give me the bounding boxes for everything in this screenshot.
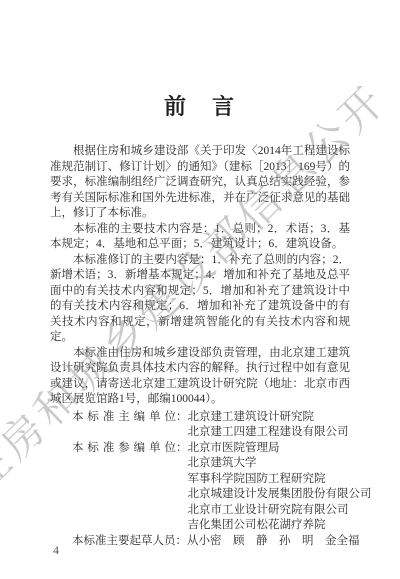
page-title: 前 言 <box>0 90 400 121</box>
drafters-label: 本标准主要起草人员 <box>72 534 176 550</box>
paragraph-basis: 根据住房和城乡建设部《关于印发〈2014年工程建设标准规范制订、修订计划〉的通知… <box>50 144 350 222</box>
unit-item: 北京建筑大学 <box>188 456 372 472</box>
drafters-row: 本标准主要起草人员： 从小密 顾 静 孙 明 金全福 <box>72 534 350 550</box>
unit-item: 北京市工业设计研究院有限公司 <box>188 503 372 519</box>
paragraph-main-contents: 本标准的主要技术内容是：1．总则；2．术语；3．基本规定；4．基地和总平面；5．… <box>50 222 350 253</box>
page-number: 4 <box>53 543 59 558</box>
unit-item: 军事科学院国防工程研究院 <box>188 472 372 488</box>
chief-editor-row: 本标准主编单位： 北京建工建筑设计研究院 北京建工四建工程建设有限公司 <box>72 410 350 441</box>
preface-body: 根据住房和城乡建设部《关于印发〈2014年工程建设标准规范制订、修订计划〉的通知… <box>50 144 350 549</box>
unit-item: 北京建工四建工程建设有限公司 <box>188 425 351 441</box>
unit-item: 北京市医院管理局 <box>188 441 372 457</box>
chief-editor-colon: ： <box>176 410 188 426</box>
document-page: { "page": { "watermark": "住房和城乡建设部信息公开",… <box>0 0 400 579</box>
participating-colon: ： <box>176 441 188 457</box>
drafter-names-line: 从小密 顾 静 孙 明 金全福 <box>187 534 360 550</box>
unit-item: 北京建工建筑设计研究院 <box>188 410 351 426</box>
drafters-names: 从小密 顾 静 孙 明 金全福 <box>187 534 360 550</box>
paragraph-administration: 本标准由住房和城乡建设部负责管理，由北京建工建筑设计研究院负责具体技术内容的解释… <box>50 346 350 408</box>
participating-label: 本标准参编单位 <box>72 441 176 457</box>
unit-item: 北京城建设计发展集团股份有限公司 <box>188 487 372 503</box>
participating-units: 北京市医院管理局 北京建筑大学 军事科学院国防工程研究院 北京城建设计发展集团股… <box>188 441 372 534</box>
participating-row: 本标准参编单位： 北京市医院管理局 北京建筑大学 军事科学院国防工程研究院 北京… <box>72 441 350 534</box>
chief-editor-units: 北京建工建筑设计研究院 北京建工四建工程建设有限公司 <box>188 410 351 441</box>
credits-section: 本标准主编单位： 北京建工建筑设计研究院 北京建工四建工程建设有限公司 本标准参… <box>50 410 350 550</box>
drafters-colon: ： <box>176 534 188 550</box>
paragraph-revision-contents: 本标准修订的主要内容是：1．补充了总则的内容；2．新增术语；3．新增基本规定；4… <box>50 253 350 346</box>
chief-editor-label: 本标准主编单位 <box>72 410 176 426</box>
unit-item: 吉化集团公司松花湖疗养院 <box>188 518 372 534</box>
